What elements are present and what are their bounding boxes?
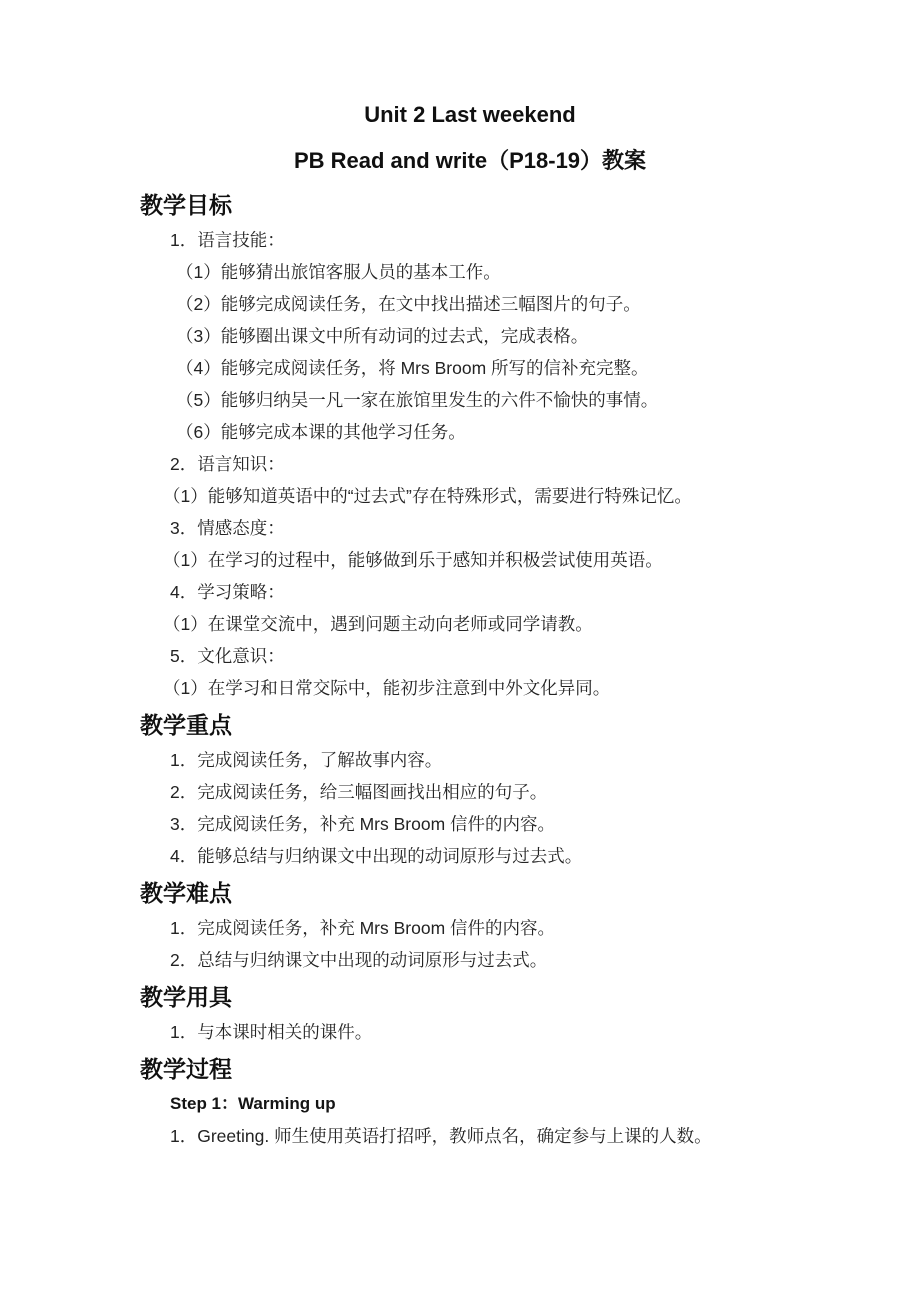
list-item: （4）能够完成阅读任务，将 Mrs Broom 所写的信补充完整。 [140,352,800,384]
list-item: （1）能够猜出旅馆客服人员的基本工作。 [140,256,800,288]
section-heading-objectives: 教学目标 [140,188,800,222]
list-item: 4．能够总结与归纳课文中出现的动词原形与过去式。 [140,840,800,872]
list-item: 1．与本课时相关的课件。 [140,1016,800,1048]
list-item: 3．完成阅读任务，补充 Mrs Broom 信件的内容。 [140,808,800,840]
list-item: 3．情感态度： [140,512,800,544]
document-subtitle: PB Read and write（P18-19）教案 [140,146,800,176]
list-item: 1．Greeting. 师生使用英语打招呼，教师点名，确定参与上课的人数。 [140,1120,800,1152]
list-item: （5）能够归纳吴一凡一家在旅馆里发生的六件不愉快的事情。 [140,384,800,416]
list-item: （1）在学习的过程中，能够做到乐于感知并积极尝试使用英语。 [140,544,800,576]
list-item: 4．学习策略： [140,576,800,608]
document-title: Unit 2 Last weekend [140,100,800,130]
list-item: 1．完成阅读任务，补充 Mrs Broom 信件的内容。 [140,912,800,944]
list-item: （6）能够完成本课的其他学习任务。 [140,416,800,448]
list-item: （1）能够知道英语中的“过去式”存在特殊形式，需要进行特殊记忆。 [140,480,800,512]
list-item: （1）在学习和日常交际中，能初步注意到中外文化异同。 [140,672,800,704]
list-item: 2．语言知识： [140,448,800,480]
list-item: 2．完成阅读任务，给三幅图画找出相应的句子。 [140,776,800,808]
list-item: （1）在课堂交流中，遇到问题主动向老师或同学请教。 [140,608,800,640]
list-item: （2）能够完成阅读任务，在文中找出描述三幅图片的句子。 [140,288,800,320]
section-heading-key-points: 教学重点 [140,708,800,742]
document-page: Unit 2 Last weekend PB Read and write（P1… [0,0,920,1152]
step-label: Step 1：Warming up [140,1088,800,1120]
section-heading-procedure: 教学过程 [140,1052,800,1086]
section-heading-teaching-aids: 教学用具 [140,980,800,1014]
list-item: （3）能够圈出课文中所有动词的过去式，完成表格。 [140,320,800,352]
list-item: 1．语言技能： [140,224,800,256]
list-item: 5．文化意识： [140,640,800,672]
section-heading-difficulties: 教学难点 [140,876,800,910]
list-item: 2．总结与归纳课文中出现的动词原形与过去式。 [140,944,800,976]
list-item: 1．完成阅读任务，了解故事内容。 [140,744,800,776]
